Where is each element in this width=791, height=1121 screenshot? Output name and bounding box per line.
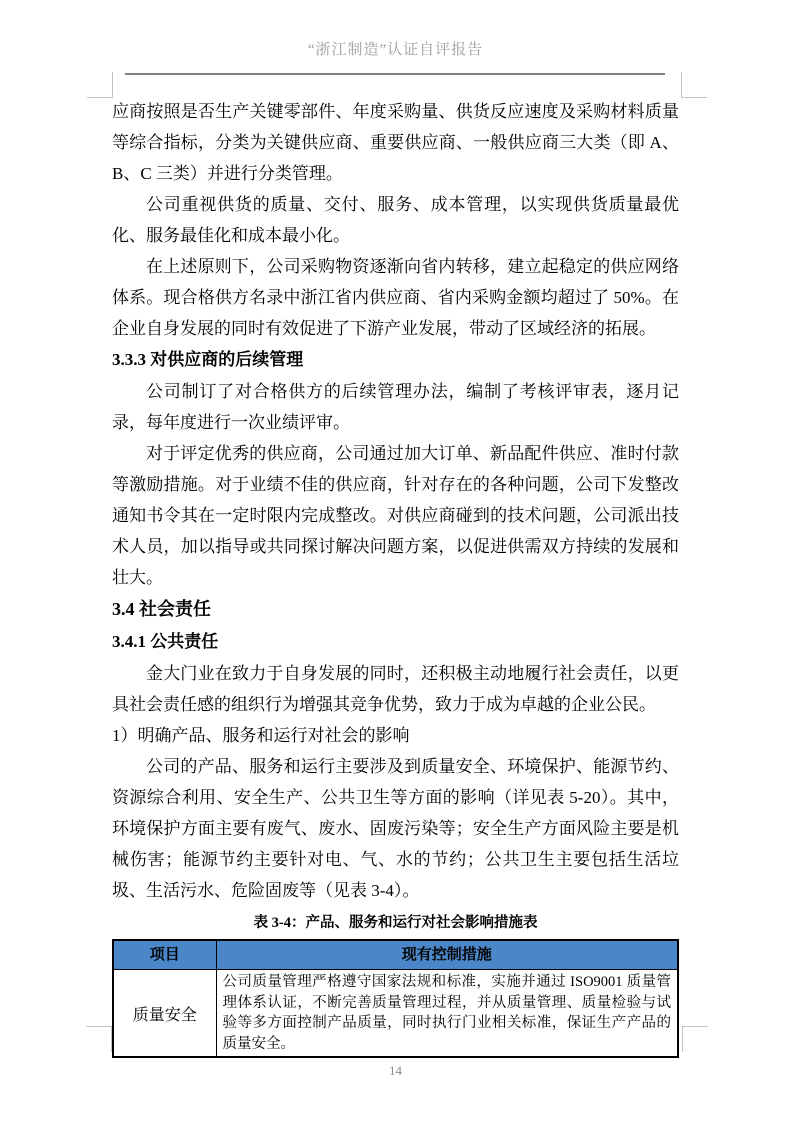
paragraph-procurement-shift: 在上述原则下，公司采购物资逐渐向省内转移，建立起稳定的供应网络体系。现合格供方名… (112, 251, 679, 344)
table-header-item: 项目 (113, 940, 216, 970)
paragraph-supply-quality: 公司重视供货的质量、交付、服务、成本管理，以实现供货质量最优化、服务最佳化和成本… (112, 189, 679, 251)
paragraph-incentives: 对于评定优秀的供应商，公司通过加大订单、新品配件供应、准时付款等激励措施。对于业… (112, 438, 679, 593)
header-rule (125, 73, 665, 75)
table-header-measures: 现有控制措施 (216, 940, 678, 970)
paragraph-impacts: 公司的产品、服务和运行主要涉及到质量安全、环境保护、能源节约、资源综合利用、安全… (112, 751, 679, 906)
table-header-row: 项目 现有控制措施 (113, 940, 678, 970)
heading-3-3-3: 3.3.3 对供应商的后续管理 (112, 344, 679, 376)
table-caption: 表 3-4：产品、服务和运行对社会影响措施表 (112, 913, 679, 933)
list-item-impacts: 1）明确产品、服务和运行对社会的影响 (112, 720, 679, 751)
paragraph-social-responsibility: 金大门业在致力于自身发展的同时，还积极主动地履行社会责任，以更具社会责任感的组织… (112, 658, 679, 720)
page-number: 14 (0, 1063, 791, 1079)
document-body: 应商按照是否生产关键零部件、年度采购量、供货反应速度及采购材料质量等综合指标，分… (112, 96, 679, 1058)
margin-corner-mark-top-right (681, 72, 707, 98)
heading-3-4: 3.4 社会责任 (112, 593, 679, 626)
paragraph-supplier-classification: 应商按照是否生产关键零部件、年度采购量、供货反应速度及采购材料质量等综合指标，分… (112, 96, 679, 189)
margin-corner-mark-bottom-right (682, 1026, 708, 1052)
table-cell-measures: 公司质量管理严格遵守国家法规和标准，实施并通过 ISO9001 质量管理体系认证… (216, 970, 678, 1058)
margin-corner-mark-bottom-left (86, 1026, 112, 1052)
paragraph-followup-method: 公司制订了对合格供方的后续管理办法，编制了考核评审表，逐月记录，每年度进行一次业… (112, 376, 679, 438)
impact-measures-table: 项目 现有控制措施 质量安全 公司质量管理严格遵守国家法规和标准，实施并通过 I… (112, 939, 679, 1058)
running-header-title: “浙江制造”认证自评报告 (0, 40, 791, 60)
margin-corner-mark-top-left (87, 72, 113, 98)
table-cell-item: 质量安全 (113, 970, 216, 1058)
document-page: “浙江制造”认证自评报告 应商按照是否生产关键零部件、年度采购量、供货反应速度及… (0, 0, 791, 1121)
table-row: 质量安全 公司质量管理严格遵守国家法规和标准，实施并通过 ISO9001 质量管… (113, 970, 678, 1058)
heading-3-4-1: 3.4.1 公共责任 (112, 626, 679, 658)
